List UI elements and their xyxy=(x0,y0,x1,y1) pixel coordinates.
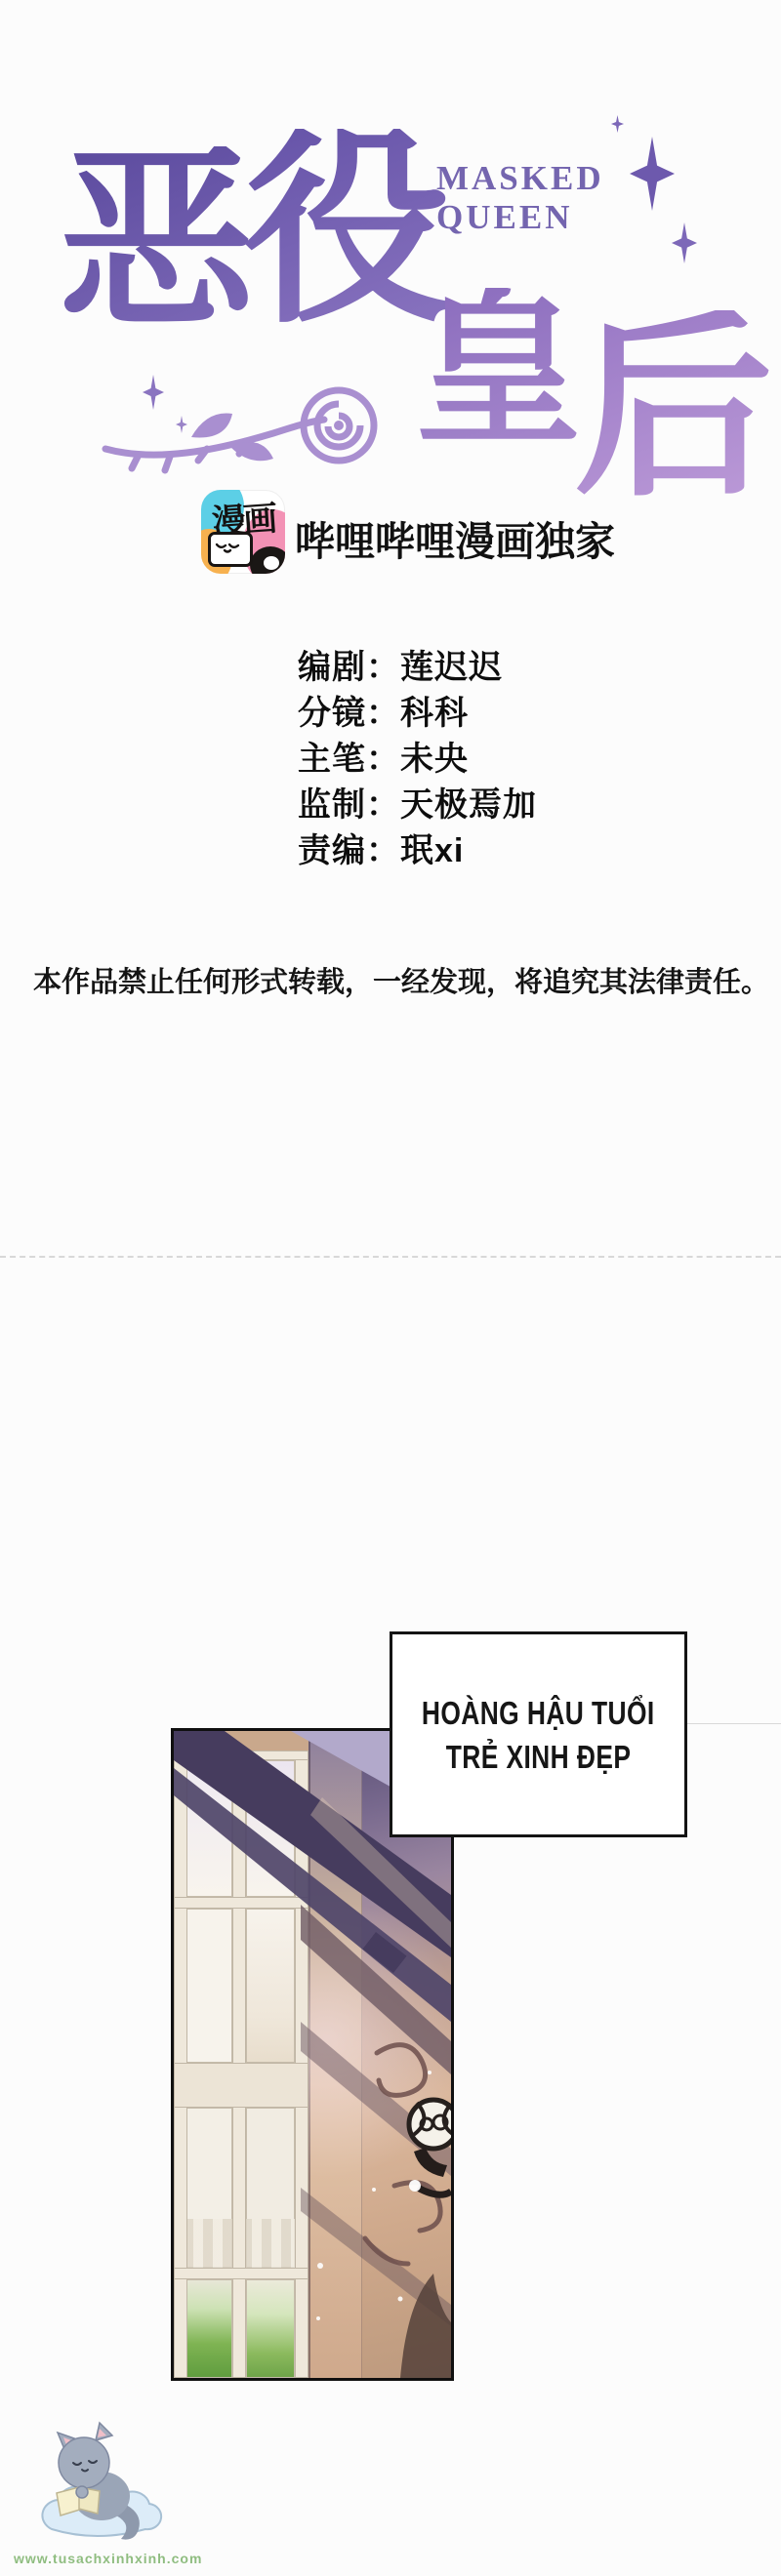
cat-on-cloud-icon xyxy=(27,2398,174,2555)
credit-line: 分镜：科科 xyxy=(298,686,469,734)
sparkle-icon xyxy=(611,115,624,133)
subtitle-line-queen: QUEEN xyxy=(436,198,604,237)
comic-title-page: 恶 役 皇 后 MASKED QUEEN xyxy=(0,0,781,2576)
speech-text-line: TRẺ XINH ĐẸP xyxy=(446,1735,632,1779)
page-seam-line xyxy=(0,1256,781,1258)
watermark-url: www.tusachxinhxinh.com xyxy=(14,2551,202,2566)
masked-queen-subtitle: MASKED QUEEN xyxy=(436,159,604,237)
rose-vine-icon xyxy=(98,377,390,489)
credit-line: 监制：天极焉加 xyxy=(298,778,537,825)
copyright-notice: 本作品禁止任何形式转载，一经发现，将追究其法律责任。 xyxy=(33,960,756,1000)
publisher-label: 哔哩哔哩漫画独家 xyxy=(295,509,615,567)
speech-text-line: HOÀNG HẬU TUỔI xyxy=(422,1691,655,1735)
logo-char-hou: 后 xyxy=(574,310,773,509)
wall-lamp-icon xyxy=(409,2100,451,2194)
sparkle-icon xyxy=(672,222,697,263)
icon-paw-dot xyxy=(264,556,279,570)
credit-line: 编剧：莲迟迟 xyxy=(298,640,503,688)
bilibili-tv-face-icon xyxy=(208,532,253,567)
bilibili-manga-icon: 漫画 xyxy=(201,490,285,574)
logo-char-huang: 皇 xyxy=(414,288,582,456)
speech-box: HOÀNG HẬU TUỔI TRẺ XINH ĐẸP xyxy=(390,1631,687,1837)
sparkle-icon xyxy=(630,137,675,211)
logo-char-e: 恶 xyxy=(59,146,254,342)
credit-line: 主笔：未央 xyxy=(298,732,469,780)
credit-line: 责编：珉xi xyxy=(298,824,464,871)
panel-edge-line xyxy=(687,1723,781,1724)
subtitle-line-masked: MASKED xyxy=(436,159,604,198)
